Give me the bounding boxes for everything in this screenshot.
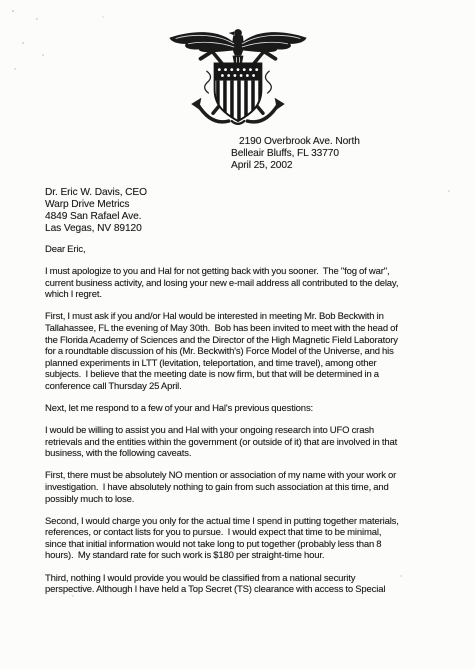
recipient-street: 4849 San Rafael Ave.: [45, 211, 147, 223]
body-paragraph-1: I must apologize to you and Hal for not …: [45, 266, 474, 301]
scanned-letter-page: 2190 Overbrook Ave. North Belleair Bluff…: [0, 0, 474, 669]
body-paragraph-3: Next, let me respond to a few of your an…: [45, 403, 474, 415]
scan-noise: [12, 10, 14, 12]
salutation: Dear Eric,: [45, 244, 474, 256]
recipient-company: Warp Drive Metrics: [45, 199, 147, 211]
body-paragraph-5: First, there must be absolutely NO menti…: [45, 470, 474, 505]
sender-street: 2190 Overbrook Ave. North: [231, 136, 360, 148]
letter-body: Dear Eric, I must apologize to you and H…: [45, 244, 474, 596]
sender-address-block: 2190 Overbrook Ave. North Belleair Bluff…: [231, 136, 360, 172]
body-paragraph-6: Second, I would charge you only for the …: [45, 516, 474, 562]
recipient-name: Dr. Eric W. Davis, CEO: [45, 187, 147, 199]
letter-date: April 25, 2002: [231, 160, 360, 172]
body-paragraph-4: I would be willing to assist you and Hal…: [45, 425, 474, 460]
sender-city: Belleair Bluffs, FL 33770: [231, 148, 360, 160]
navy-eagle-shield-crossed-anchors-crest: [157, 26, 319, 132]
recipient-address-block: Dr. Eric W. Davis, CEO Warp Drive Metric…: [45, 187, 147, 235]
body-paragraph-2: First, I must ask if you and/or Hal woul…: [45, 311, 474, 392]
body-paragraph-7: Third, nothing I would provide you would…: [45, 573, 474, 596]
recipient-city: Las Vegas, NV 89120: [45, 223, 147, 235]
